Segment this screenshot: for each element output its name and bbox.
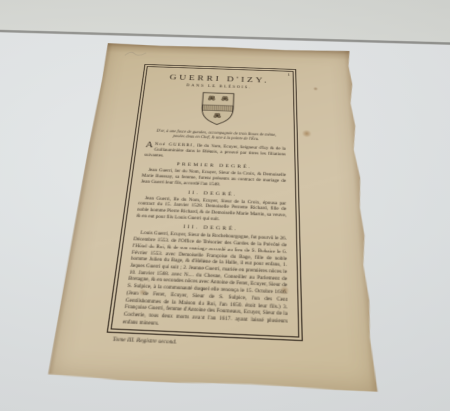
- coat-of-arms: [148, 89, 285, 132]
- degree-paragraph-2: Jean Guerri, IIe du Nom, Ecuyer, Sieur d…: [136, 195, 286, 225]
- foxing-spot: [301, 130, 312, 137]
- shield-icon: [196, 90, 239, 126]
- photo-scene: 1 GUERRI D'IZY. DANS LE BLÉSOIS.: [0, 0, 450, 411]
- tome-footline: Tome III. Registre second.: [112, 336, 177, 346]
- document-page: 1 GUERRI D'IZY. DANS LE BLÉSOIS.: [46, 43, 378, 392]
- pencil-mark: [123, 49, 150, 59]
- degree-paragraph-1: Jean Guerri, Ier du Nom, Ecuyer, Sieur d…: [140, 168, 286, 191]
- printed-border: 1 GUERRI D'IZY. DANS LE BLÉSOIS.: [107, 64, 303, 341]
- text-block: 1 GUERRI D'IZY. DANS LE BLÉSOIS.: [111, 66, 300, 337]
- intro-paragraph: ANoé GUERRI, IIe du Nom, Ecuyer, Seigneu…: [144, 142, 286, 163]
- degree-paragraph-3: Louis Guerri, Ecuyer, Sieur de la Rocheb…: [122, 230, 287, 333]
- foxing-spot: [313, 87, 319, 91]
- folio-number: 1: [288, 73, 291, 77]
